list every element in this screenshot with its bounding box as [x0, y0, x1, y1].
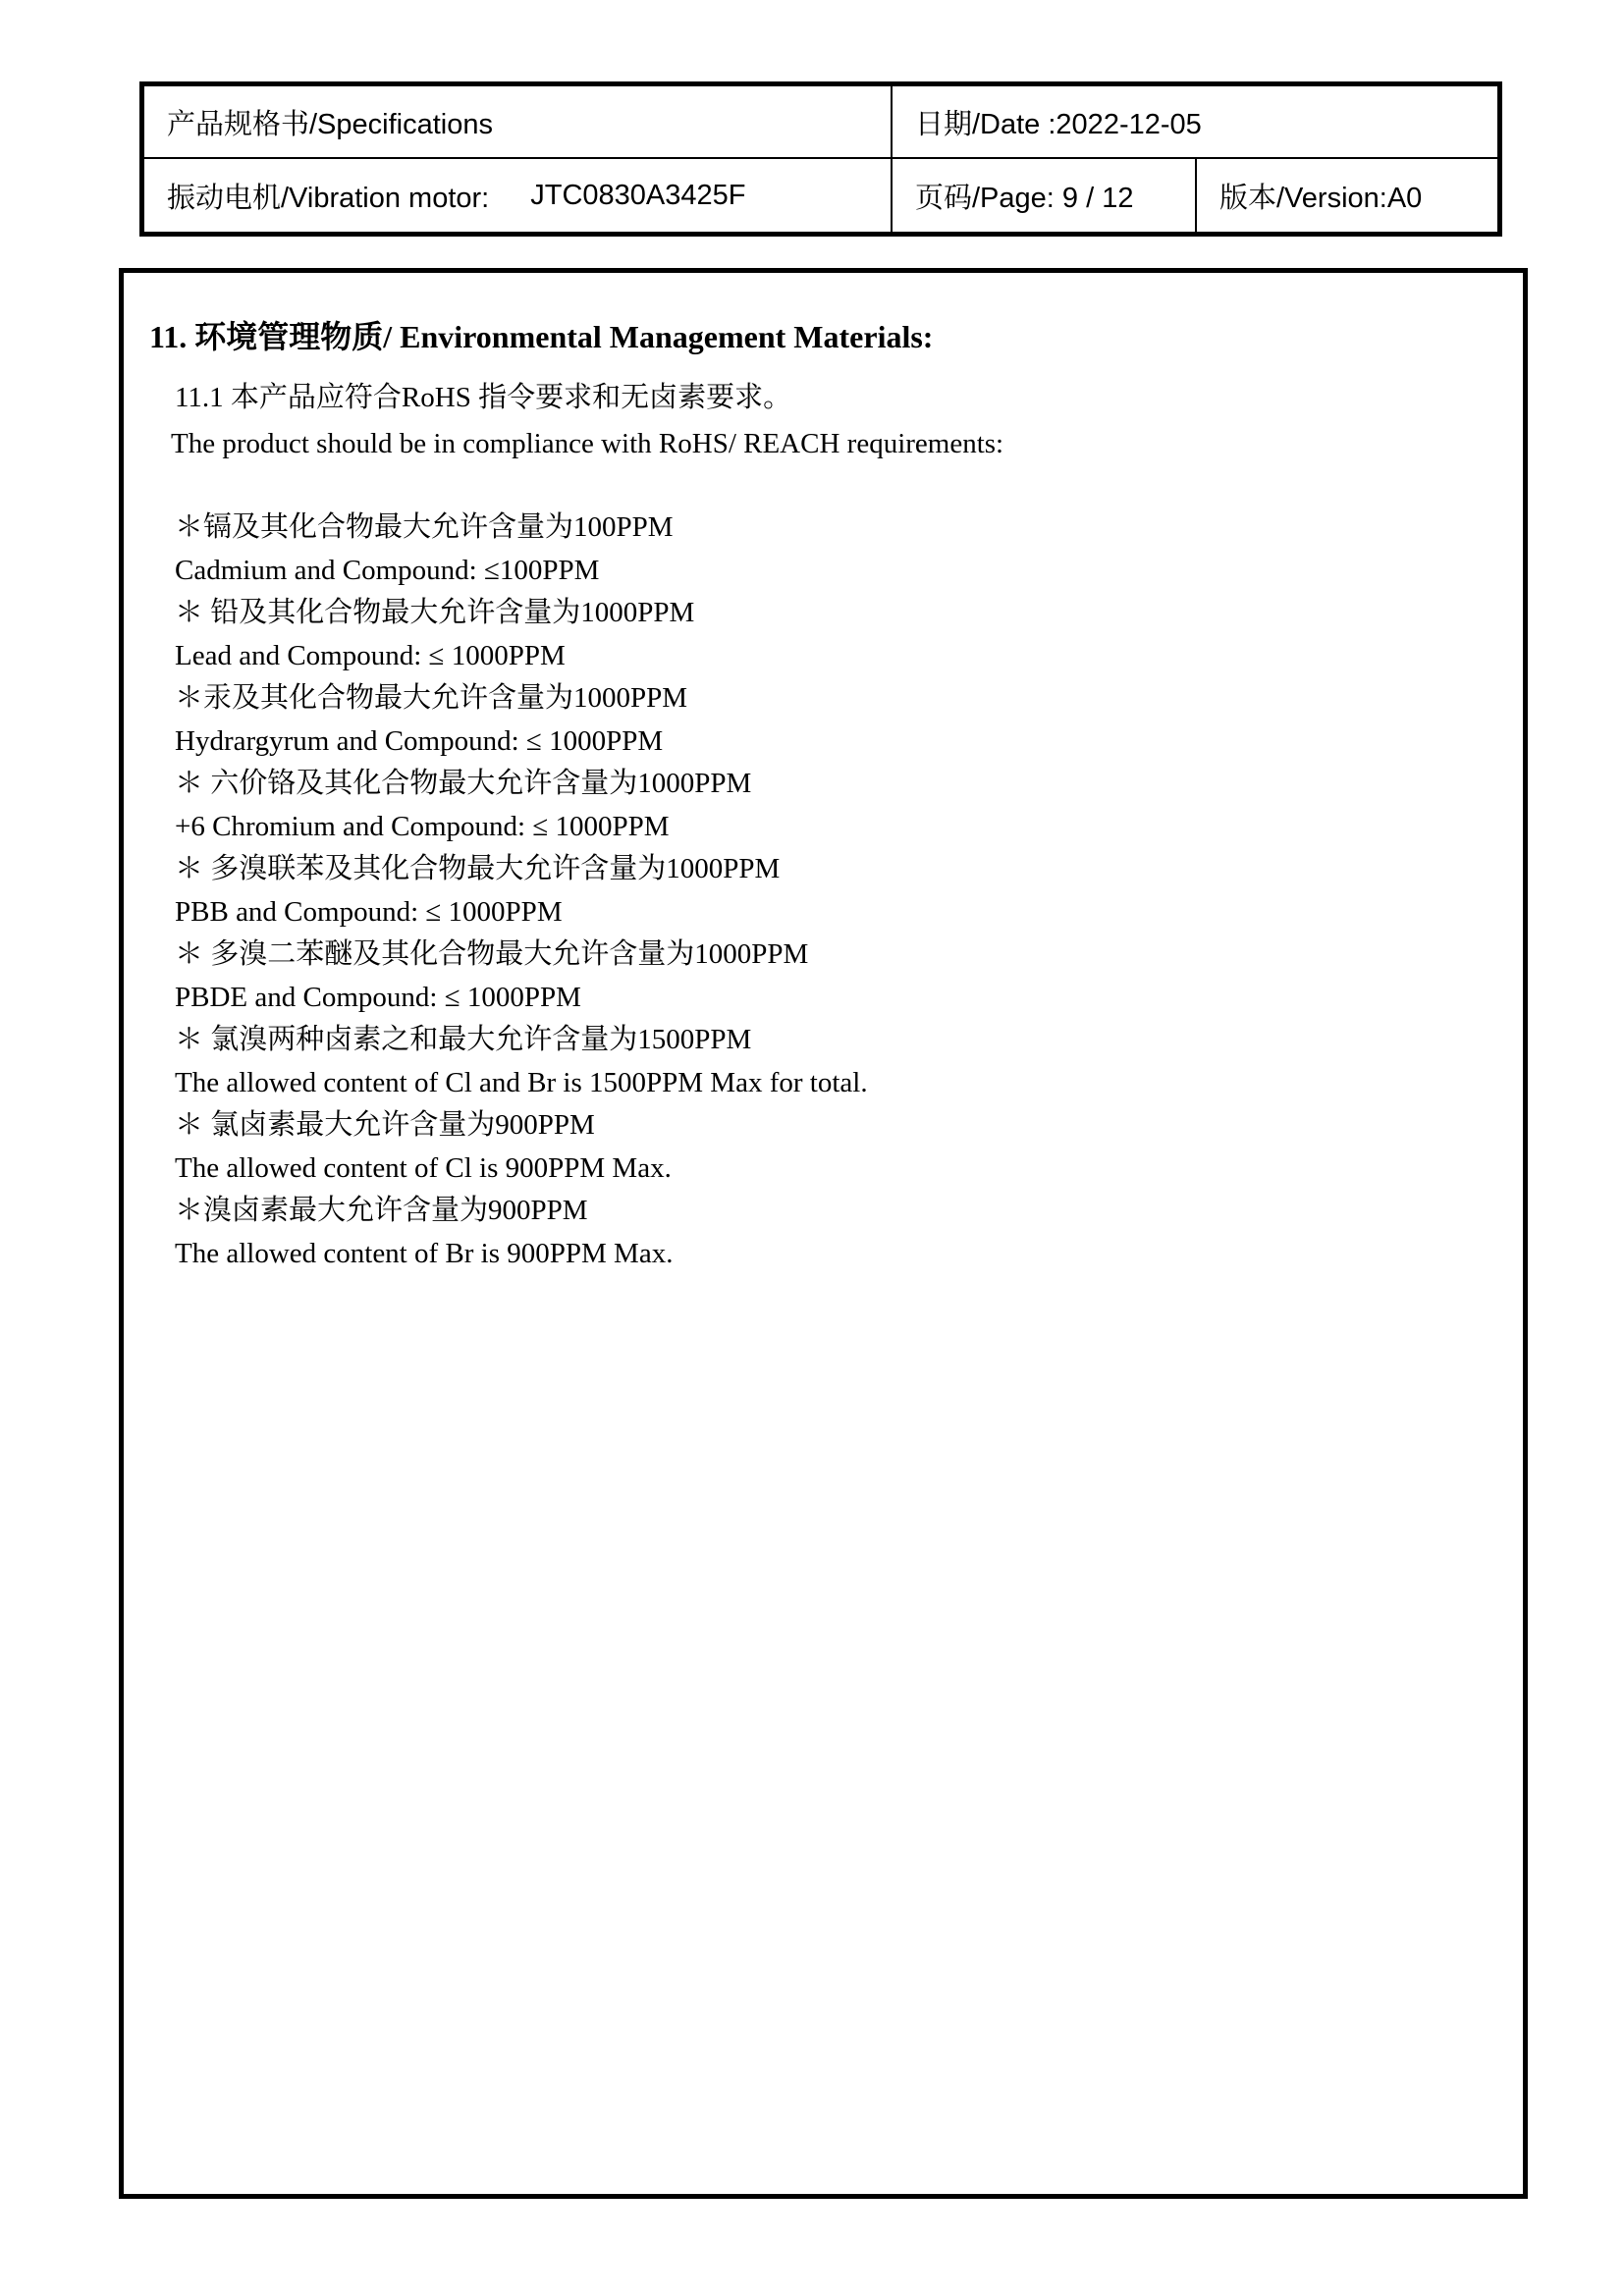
motor-model-code: JTC0830A3425F [530, 180, 745, 212]
motor-cell: 振动电机/Vibration motor: JTC0830A3425F [144, 159, 891, 232]
header-row-2: 振动电机/Vibration motor: JTC0830A3425F 页码/P… [144, 159, 1497, 232]
content-box: 11. 环境管理物质/ Environmental Management Mat… [119, 268, 1528, 2199]
rohs-item: ＊ 铅及其化合物最大允许含量为1000PPM [175, 592, 868, 635]
rohs-item: ＊汞及其化合物最大允许含量为1000PPM [175, 677, 868, 721]
rohs-item: ＊溴卤素最大允许含量为900PPM [175, 1190, 868, 1233]
date-label: 日期/Date :2022-12-05 [915, 102, 1202, 142]
rohs-items-list: ＊镉及其化合物最大允许含量为100PPM Cadmium and Compoun… [175, 507, 868, 1275]
rohs-item: The allowed content of Cl is 900PPM Max. [175, 1148, 868, 1191]
version-label: 版本/Version:A0 [1219, 176, 1422, 216]
version-cell: 版本/Version:A0 [1195, 159, 1497, 232]
intro-line-en: The product should be in compliance with… [171, 422, 1003, 465]
header-table: 产品规格书/Specifications 日期/Date :2022-12-05… [139, 81, 1502, 237]
header-row-1: 产品规格书/Specifications 日期/Date :2022-12-05 [144, 86, 1497, 159]
rohs-item: PBB and Compound: ≤ 1000PPM [175, 891, 868, 934]
rohs-item: The allowed content of Cl and Br is 1500… [175, 1062, 868, 1105]
date-cell: 日期/Date :2022-12-05 [891, 86, 1497, 157]
rohs-item: Cadmium and Compound: ≤100PPM [175, 550, 868, 593]
page-number-label: 页码/Page: 9 / 12 [915, 176, 1133, 216]
intro-line-cn: 11.1 本产品应符合RoHS 指令要求和无卤素要求。 [175, 376, 791, 419]
rohs-item: ＊ 多溴二苯醚及其化合物最大允许含量为1000PPM [175, 934, 868, 977]
rohs-item: ＊ 六价铬及其化合物最大允许含量为1000PPM [175, 763, 868, 806]
rohs-item: The allowed content of Br is 900PPM Max. [175, 1233, 868, 1276]
spec-title-label: 产品规格书/Specifications [167, 102, 493, 142]
rohs-item: ＊镉及其化合物最大允许含量为100PPM [175, 507, 868, 550]
rohs-item: Lead and Compound: ≤ 1000PPM [175, 635, 868, 678]
spec-title-cell: 产品规格书/Specifications [144, 86, 891, 157]
rohs-item: ＊ 多溴联苯及其化合物最大允许含量为1000PPM [175, 848, 868, 891]
rohs-item: PBDE and Compound: ≤ 1000PPM [175, 977, 868, 1020]
rohs-item: ＊ 氯溴两种卤素之和最大允许含量为1500PPM [175, 1019, 868, 1062]
page-number-cell: 页码/Page: 9 / 12 [891, 159, 1195, 232]
rohs-item: ＊ 氯卤素最大允许含量为900PPM [175, 1104, 868, 1148]
document-page: 产品规格书/Specifications 日期/Date :2022-12-05… [0, 0, 1624, 2296]
motor-label: 振动电机/Vibration motor: [167, 176, 489, 216]
rohs-item: +6 Chromium and Compound: ≤ 1000PPM [175, 806, 868, 849]
rohs-item: Hydrargyrum and Compound: ≤ 1000PPM [175, 721, 868, 764]
section-title: 11. 环境管理物质/ Environmental Management Mat… [149, 315, 933, 358]
